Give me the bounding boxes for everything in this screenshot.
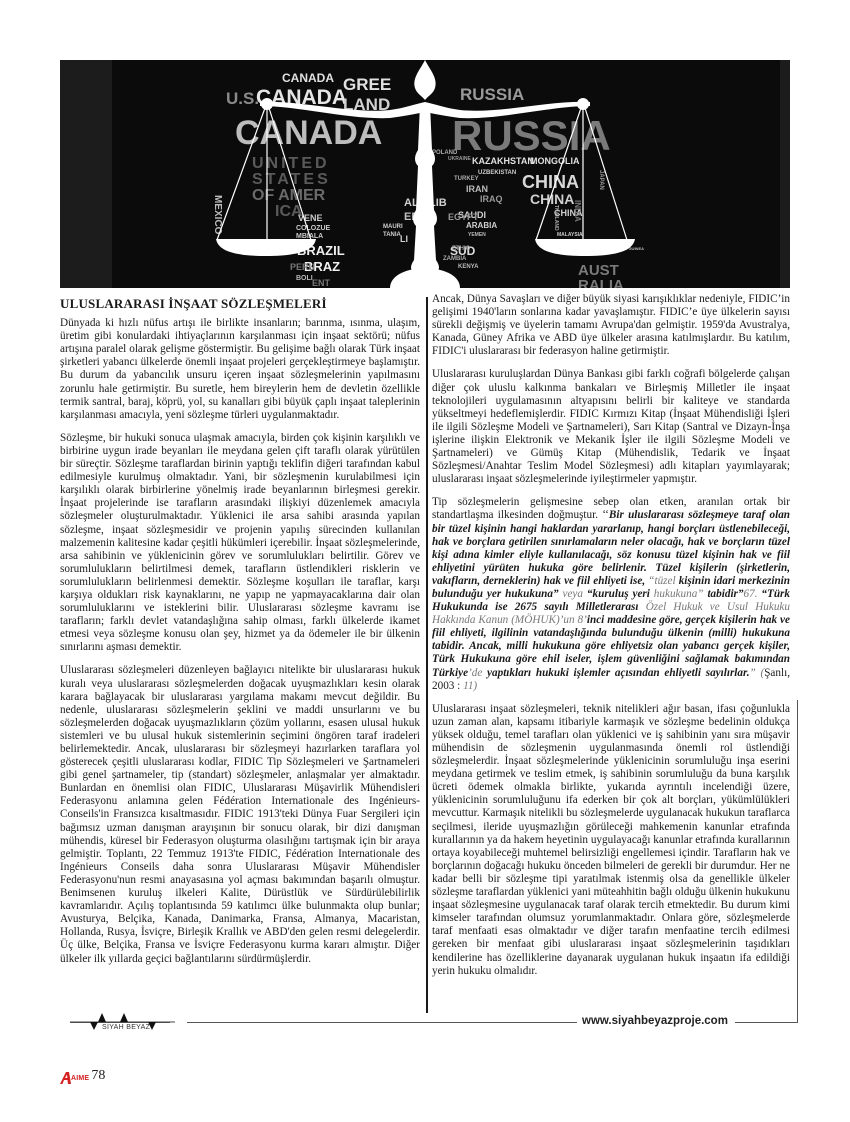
svg-text:TURKEY: TURKEY	[454, 176, 479, 182]
paragraph: Ancak, Dünya Savaşları ve diğer büyük si…	[432, 293, 790, 358]
paragraph: Uluslararası sözleşmeleri düzenleyen bağ…	[60, 664, 420, 965]
page-number-block: AIME 78	[60, 1068, 105, 1084]
svg-text:THAILAND: THAILAND	[553, 205, 559, 231]
svg-text:ARABIA: ARABIA	[466, 221, 497, 230]
right-column: Ancak, Dünya Savaşları ve diğer büyük si…	[432, 293, 790, 988]
svg-text:INDIA: INDIA	[573, 200, 582, 222]
quote-text-light: ” (	[750, 667, 765, 679]
quote-text-light: hukukuna”	[650, 588, 704, 600]
svg-text:IRAQ: IRAQ	[480, 194, 503, 204]
page-number: 78	[91, 1068, 105, 1084]
svg-text:JAPAN: JAPAN	[598, 170, 604, 190]
svg-text:VENE: VENE	[298, 213, 323, 223]
quote-text: yaptıkları hukuki işlemler açısından ehl…	[482, 667, 749, 679]
svg-text:BOLI: BOLI	[296, 275, 313, 282]
quote-text-light: ’de	[468, 667, 482, 679]
svg-text:MONGOLIA: MONGOLIA	[530, 156, 580, 166]
svg-text:CANADA: CANADA	[282, 71, 334, 85]
svg-text:RUSSIA: RUSSIA	[460, 85, 524, 104]
left-column: ULUSLARARASI İNŞAAT SÖZLEŞMELERİ Dünyada…	[60, 297, 420, 976]
footer-rule	[187, 1022, 577, 1023]
svg-text:IRAN: IRAN	[466, 184, 488, 194]
svg-text:MALAYSIA: MALAYSIA	[557, 232, 583, 238]
article-title: ULUSLARARASI İNŞAAT SÖZLEŞMELERİ	[60, 297, 420, 310]
svg-text:RUSSIA: RUSSIA	[452, 112, 611, 159]
svg-text:LI: LI	[400, 234, 408, 244]
svg-text:YEMEN: YEMEN	[468, 232, 486, 238]
svg-text:COLOZUE: COLOZUE	[296, 225, 331, 232]
svg-text:UNITED: UNITED	[252, 155, 330, 172]
quote-text-light: “tüzel	[648, 575, 675, 587]
svg-text:EGYPT: EGYPT	[448, 212, 479, 222]
legal-quote: Bir uluslararası sözleşmeye taraf olan b…	[432, 509, 790, 678]
svg-text:PERU: PERU	[290, 262, 315, 272]
svg-text:UKRAINE: UKRAINE	[448, 156, 471, 162]
svg-text:CANADA: CANADA	[235, 114, 382, 152]
quote-text-light: veya	[559, 588, 587, 600]
logo-text: SİYAH BEYAZ	[102, 1024, 150, 1031]
hero-image: CANADA U.S. CANADA CANADA UNITED STATES …	[60, 60, 790, 288]
svg-text:ZAMBIA: ZAMBIA	[443, 256, 467, 262]
svg-text:RALIA: RALIA	[578, 277, 624, 288]
quote-paragraph: Tip sözleşmelerin gelişmesine sebep olan…	[432, 496, 790, 692]
paragraph: Dünyada ki hızlı nüfus artışı ile birlik…	[60, 317, 420, 422]
quote-text: tabidir”	[704, 588, 744, 600]
column-divider	[426, 297, 428, 1013]
svg-text:UZBEKISTAN: UZBEKISTAN	[478, 170, 516, 176]
paragraph: Sözleşme, bir hukuki sonuca ulaşmak amac…	[60, 432, 420, 655]
svg-text:CHINA: CHINA	[522, 172, 579, 192]
world-map-words-graphic: CANADA U.S. CANADA CANADA UNITED STATES …	[60, 60, 790, 288]
svg-text:U.S.: U.S.	[226, 89, 259, 108]
footer-rule	[735, 1022, 798, 1023]
paragraph: Uluslararası inşaat sözleşmeleri, teknik…	[432, 703, 790, 978]
svg-text:GREE: GREE	[343, 75, 391, 94]
svg-text:ENT: ENT	[312, 278, 331, 288]
footnote-ref: 67.	[744, 588, 762, 600]
svg-text:ETHIO: ETHIO	[452, 246, 471, 252]
svg-text:MAURI: MAURI	[383, 224, 403, 230]
svg-text:OF AMER: OF AMER	[252, 187, 326, 204]
brand-name: AIME	[71, 1075, 89, 1082]
citation-page: 11)	[460, 680, 477, 692]
right-column-border	[797, 700, 798, 1022]
website-link[interactable]: www.siyahbeyazproje.com	[582, 1015, 728, 1027]
svg-text:KENYA: KENYA	[458, 264, 479, 270]
svg-text:TANIA: TANIA	[383, 232, 402, 238]
paragraph: Uluslararası kuruluşlardan Dünya Bankası…	[432, 368, 790, 486]
svg-text:KAZAKHSTAN: KAZAKHSTAN	[472, 156, 534, 166]
quote-text: “kuruluş yeri	[587, 588, 650, 600]
